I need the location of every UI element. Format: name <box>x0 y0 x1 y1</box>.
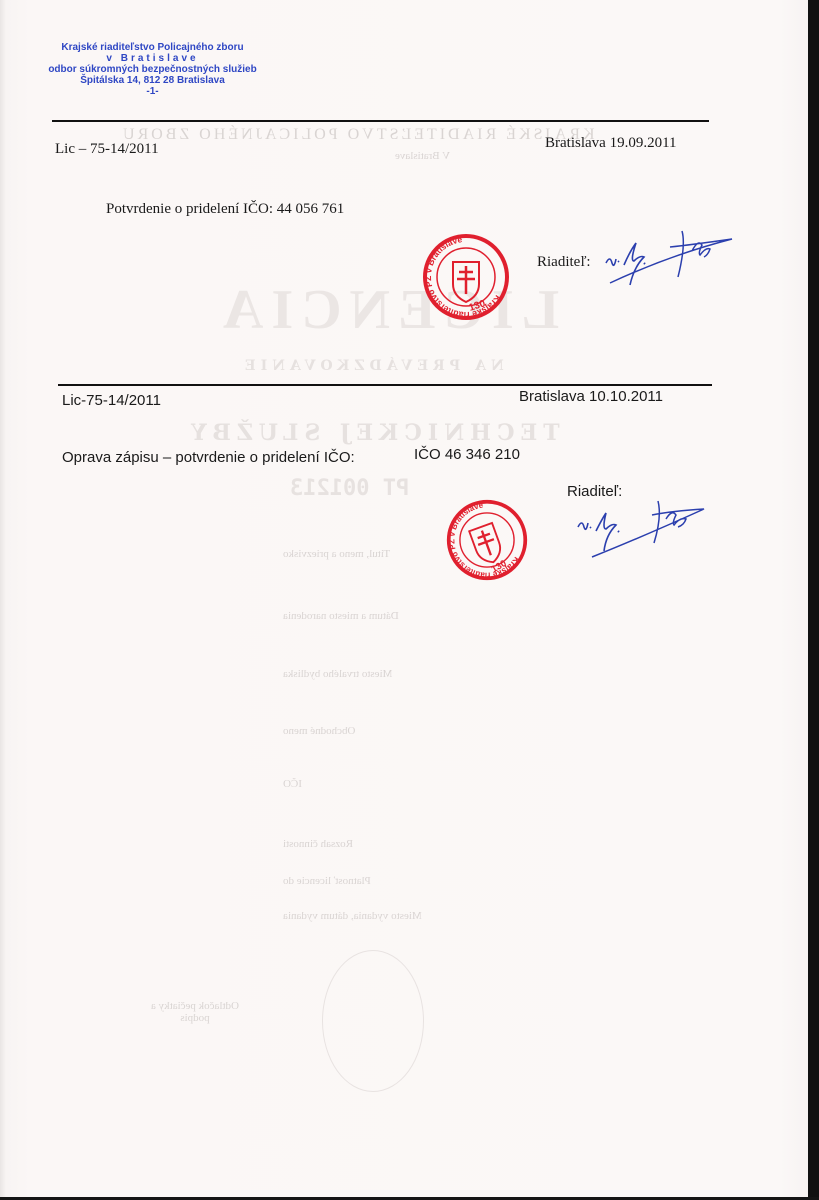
ghost-header-sub: V Bratislave <box>395 150 450 162</box>
stamp-line-2: v Bratislave <box>20 53 285 64</box>
official-seal-2: Krajské riaditeľstvo PZ v Bratislave 130 <box>445 498 529 582</box>
ghost-field-6: Rozsah činnosti <box>283 838 353 850</box>
ghost-field-7: Platnosť licencie do <box>283 875 371 887</box>
entry2-text: Oprava zápisu – potvrdenie o pridelení I… <box>62 449 355 466</box>
entry2-divider <box>58 384 712 386</box>
entry2-ico: IČO 46 346 210 <box>414 446 520 463</box>
ghost-subtitle: NA PREVÁDZKOVANIE <box>240 358 504 374</box>
ghost-field-1: Titul, meno a priezvisko <box>283 548 390 560</box>
ghost-field-8: Miesto vydania, dátum vydania <box>283 910 422 922</box>
entry2-reference: Lic-75-14/2011 <box>62 392 161 409</box>
entry1-reference: Lic – 75-14/2011 <box>55 141 159 158</box>
ghost-field-4: Obchodné meno <box>283 725 355 737</box>
entry1-divider <box>52 120 709 122</box>
ghost-service: TECHNICKEJ SLUŽBY <box>185 420 560 446</box>
stamp-line-1: Krajské riaditeľstvo Policajného zboru <box>20 42 285 53</box>
ghost-header: KRAJSKÉ RIADITEĽSTVO POLICAJNÉHO ZBORU <box>120 126 594 144</box>
ghost-footer: Odtlačok pečiatky a podpis <box>150 1000 240 1024</box>
stamp-line-5: -1- <box>20 86 285 97</box>
svg-text:Krajské riaditeľstvo PZ v Brat: Krajské riaditeľstvo PZ v Bratislave <box>445 498 529 582</box>
ghost-number: PT 001213 <box>290 476 409 501</box>
director-signature-1 <box>600 225 740 295</box>
entry1-place-date: Bratislava 19.09.2011 <box>545 135 677 152</box>
ghost-field-5: IČO <box>283 778 302 790</box>
official-seal-1: Krajské riaditeľstvo PZ v Bratislave 130 <box>421 232 511 322</box>
stamp-line-4: Špitálska 14, 812 28 Bratislava <box>20 75 285 86</box>
ghost-field-2: Dátum a miesto narodenia <box>283 610 399 622</box>
scan-edge-right <box>808 0 819 1200</box>
ghost-seal <box>322 950 424 1092</box>
stamp-line-3: odbor súkromných bezpečnostných služieb <box>20 64 285 75</box>
office-stamp: Krajské riaditeľstvo Policajného zboru v… <box>20 42 285 97</box>
entry1-director-label: Riaditeľ: <box>537 254 591 271</box>
entry1-text: Potvrdenie o pridelení IČO: 44 056 761 <box>106 201 344 218</box>
ghost-field-3: Miesto trvalého bydliska <box>283 668 392 680</box>
entry2-place-date: Bratislava 10.10.2011 <box>519 388 663 405</box>
director-signature-2 <box>572 497 712 567</box>
